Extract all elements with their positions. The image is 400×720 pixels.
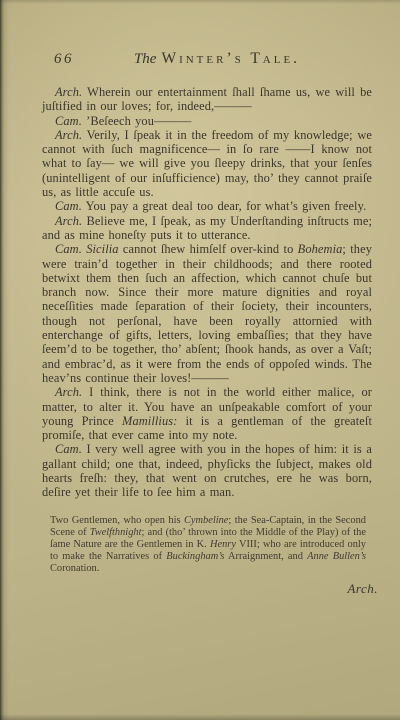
italic-text-segment: Henry xyxy=(210,539,236,550)
italic-text-segment: Sicilia xyxy=(86,242,118,256)
italic-text-segment: Bohemia xyxy=(298,242,343,256)
text-segment: Believe me, I ſpeak, as my Underſtanding… xyxy=(42,214,372,242)
italic-text-segment: Arch. xyxy=(55,85,82,99)
text-segment: ; they were train’d together in their ch… xyxy=(42,242,372,385)
italic-text-segment: Arch. xyxy=(55,128,82,142)
paragraph: Cam. ’Beſeech you——— xyxy=(42,114,372,128)
paragraph: Cam. I very well agree with you in the h… xyxy=(42,442,372,499)
running-title-lead: The xyxy=(134,51,157,67)
paragraph: Arch. Believe me, I ſpeak, as my Underſt… xyxy=(42,214,372,243)
page-spine-edge-shadow xyxy=(0,0,9,720)
italic-text-segment: Twelfthnight xyxy=(90,527,142,538)
italic-text-segment: Cam. xyxy=(55,242,82,256)
italic-text-segment: Cam. xyxy=(55,114,82,128)
page-top-edge-shadow xyxy=(0,0,400,4)
italic-text-segment: Arch. xyxy=(55,214,82,228)
text-segment: I very well agree with you in the hopes … xyxy=(42,442,372,499)
catchword: Arch. xyxy=(347,581,378,596)
running-title-main: Winter’s Tale. xyxy=(161,50,300,67)
italic-text-segment: Anne Bullen’s xyxy=(307,551,366,562)
running-title: TheWinter’s Tale. xyxy=(134,50,300,68)
text-segment: cannot ſhew himſelf over-kind to xyxy=(119,242,298,256)
italic-text-segment: Buckingham’s xyxy=(166,551,224,562)
italic-text-segment: Mamillius: xyxy=(122,414,177,428)
paragraph: Arch. Wherein our entertainment ſhall ſh… xyxy=(42,85,372,114)
italic-text-segment: Cymbeline xyxy=(184,515,228,526)
text-segment: Verily, I ſpeak it in the freedom of my … xyxy=(42,128,372,199)
body-text: Arch. Wherein our entertainment ſhall ſh… xyxy=(42,85,372,500)
italic-text-segment: Cam. xyxy=(55,199,82,213)
text-segment: Two Gentlemen, who open his xyxy=(50,515,184,526)
paragraph: Cam. Sicilia cannot ſhew himſelf over-ki… xyxy=(42,242,372,385)
page-header: 66 TheWinter’s Tale. xyxy=(42,50,372,70)
italic-text-segment: Arch. xyxy=(55,385,82,399)
text-segment: Coronation. xyxy=(50,563,99,574)
page-number: 66 xyxy=(54,51,74,67)
text-segment: Arraignment, and xyxy=(224,551,307,562)
italic-text-segment: Cam. xyxy=(55,442,82,456)
text-segment: ’Beſeech you——— xyxy=(82,114,192,128)
page-bottom-edge-shadow xyxy=(0,714,400,720)
text-segment: You pay a great deal too dear, for what’… xyxy=(82,199,366,213)
footnote: Two Gentlemen, who open his Cymbeline; t… xyxy=(50,515,366,575)
text-segment: Wherein our entertainment ſhall ſhame us… xyxy=(42,85,372,113)
paragraph: Arch. Verily, I ſpeak it in the freedom … xyxy=(42,128,372,199)
book-page: 66 TheWinter’s Tale. Arch. Wherein our e… xyxy=(0,0,400,720)
paragraph: Cam. You pay a great deal too dear, for … xyxy=(42,199,372,213)
paragraph: Arch. I think, there is not in the world… xyxy=(42,385,372,442)
catchword-row: Arch. xyxy=(0,580,378,598)
